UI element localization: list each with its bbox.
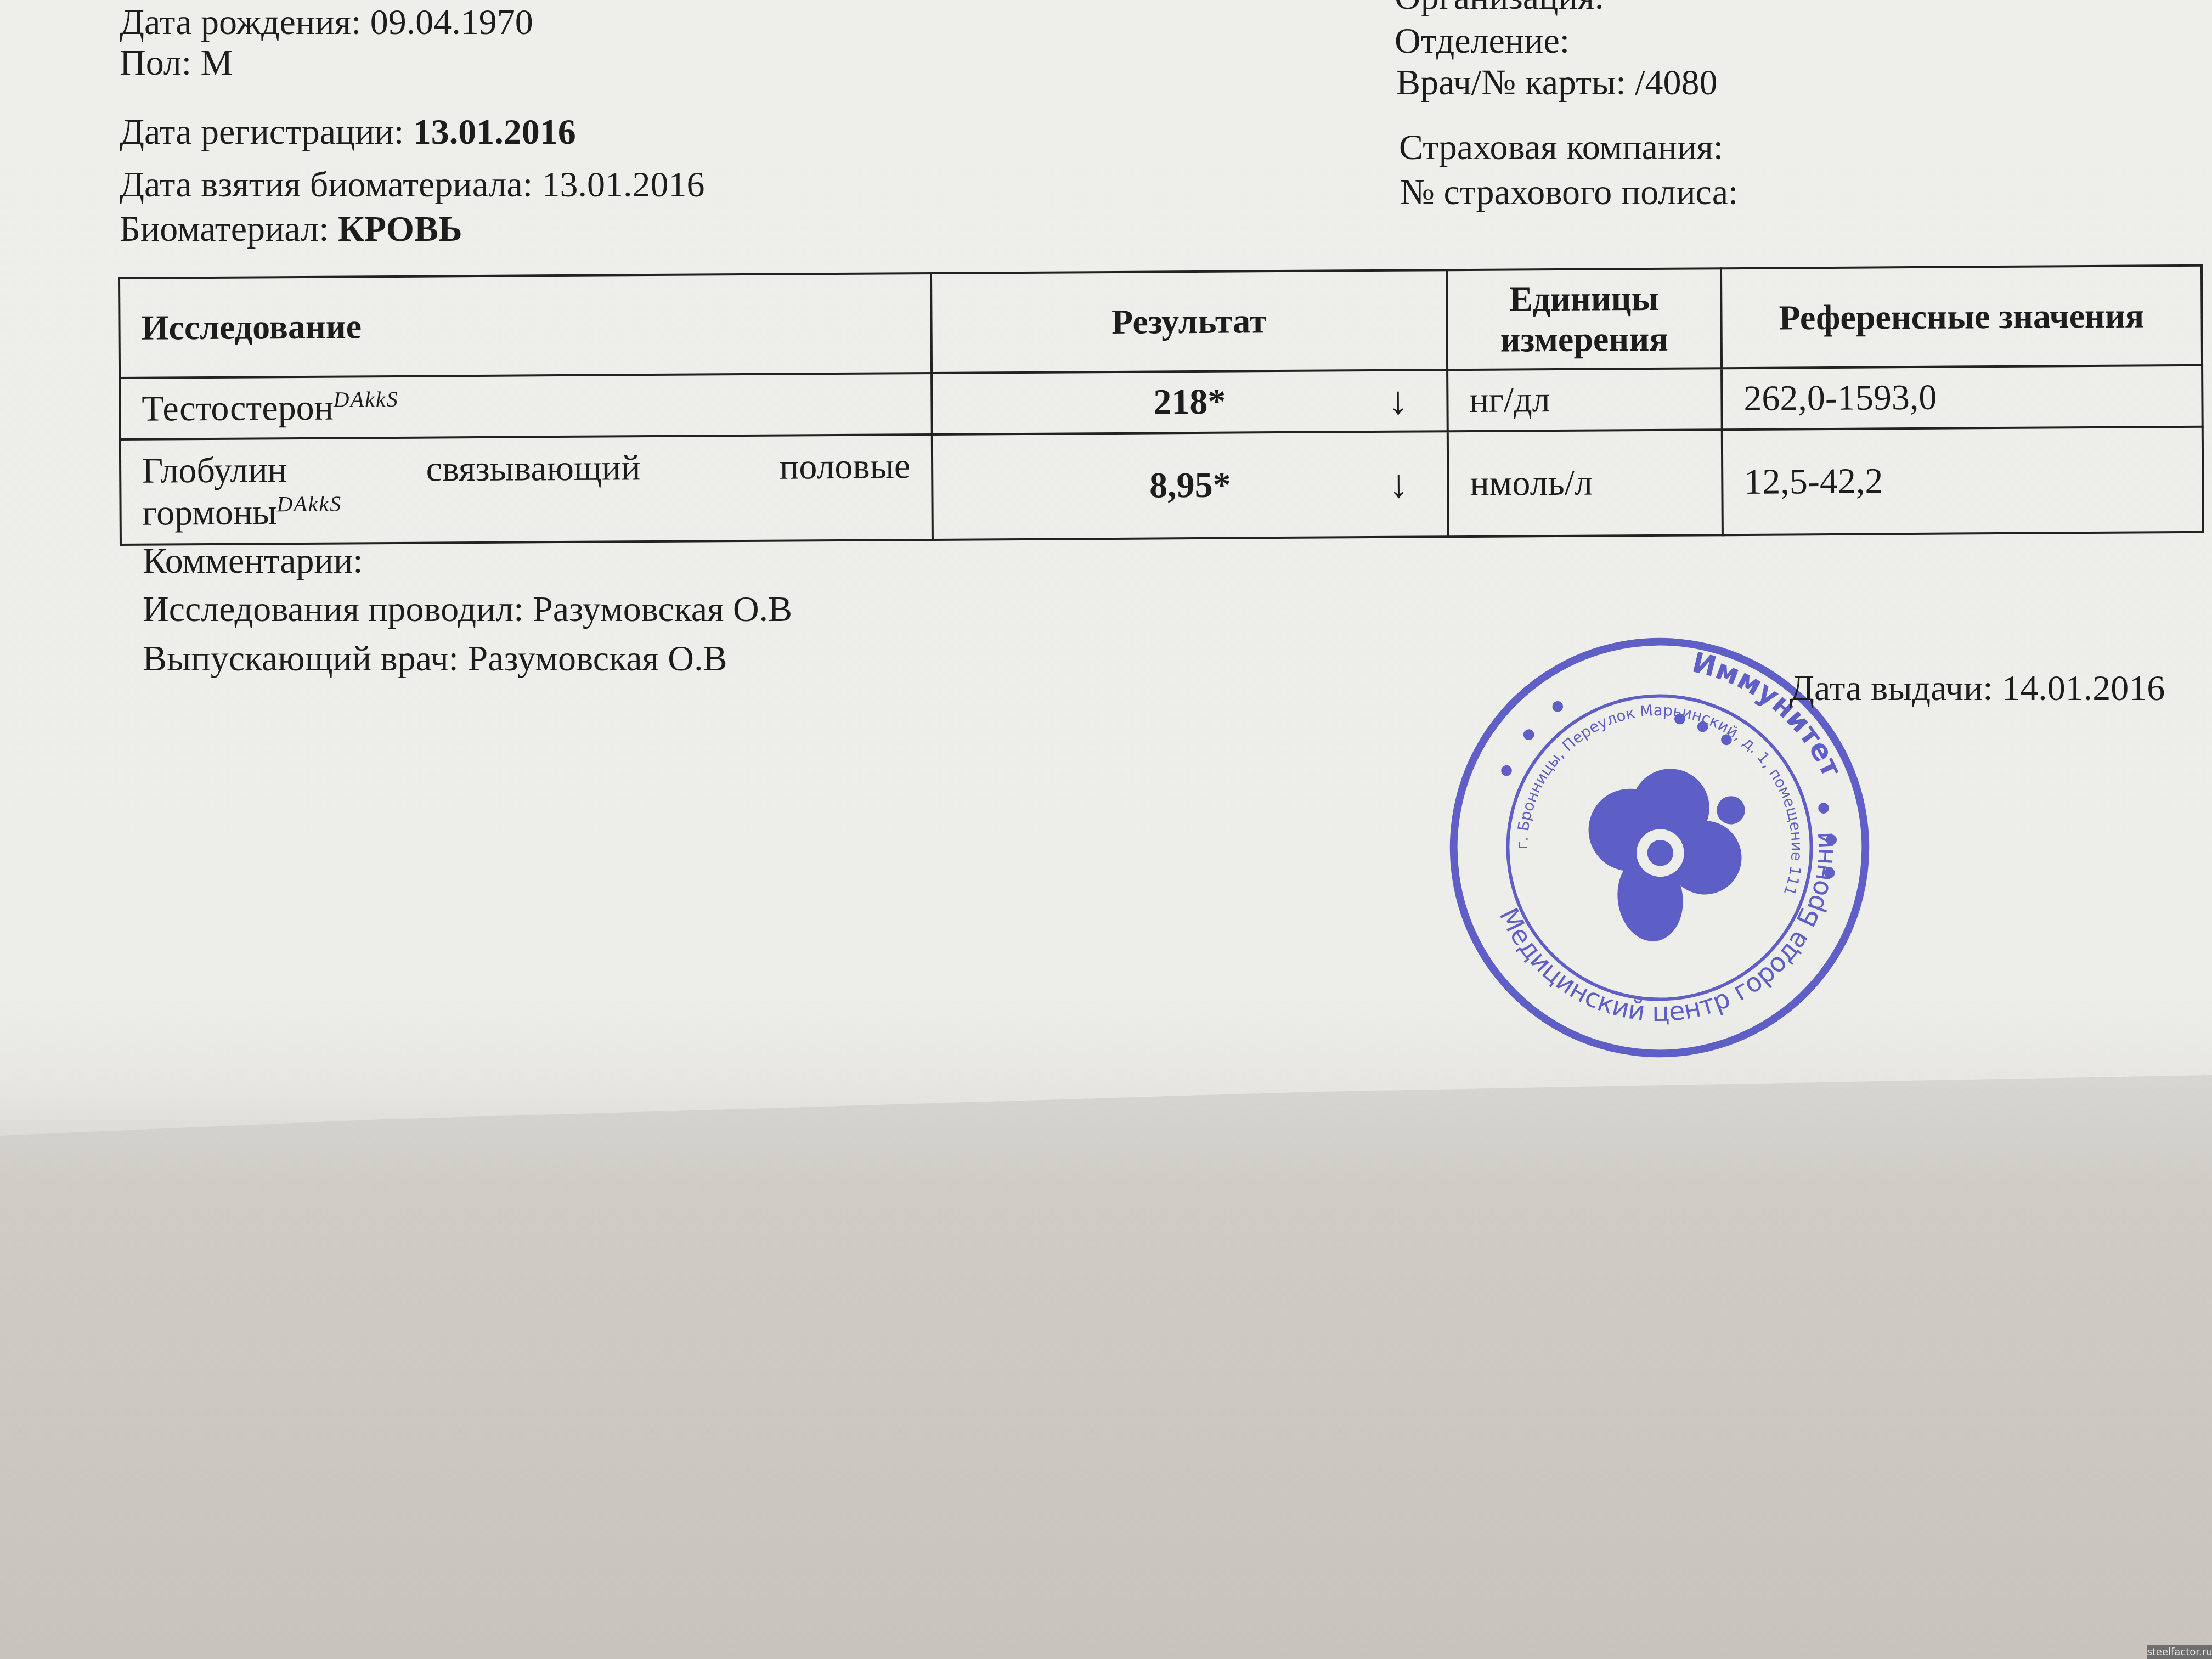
policy-label: № страхового полиса: bbox=[1400, 174, 1738, 211]
birth-date-line: Дата рождения: 09.04.1970 bbox=[120, 4, 533, 41]
birth-date-label: Дата рождения: bbox=[120, 2, 361, 42]
units-cell: нмоль/л bbox=[1448, 430, 1723, 537]
result-cell: 218* ↓ bbox=[932, 370, 1448, 435]
accreditation-mark: DAkkS bbox=[276, 491, 342, 516]
header-reference: Референсные значения bbox=[1721, 266, 2202, 368]
test-name-line1: Глобулин связывающий половые bbox=[142, 445, 910, 492]
table-row: Глобулин связывающий половые гормоныDAkk… bbox=[120, 427, 2203, 545]
paper-fold-shadow bbox=[0, 1075, 2212, 1659]
test-name-word: связывающий bbox=[426, 447, 640, 490]
sample-date-label: Дата взятия биоматериала: bbox=[120, 165, 533, 205]
results-table: Исследование Результат Единицы измерения… bbox=[118, 264, 2204, 546]
biomaterial-label: Биоматериал: bbox=[120, 209, 329, 249]
doctor-card-value: /4080 bbox=[1635, 63, 1717, 103]
test-name-word: половые bbox=[780, 445, 911, 488]
watermark: steelfactor.ru bbox=[2147, 1645, 2212, 1659]
released-by: Выпускающий врач: Разумовская О.В bbox=[143, 641, 727, 677]
registration-date-label: Дата регистрации: bbox=[120, 112, 404, 152]
lab-report-page: Дата рождения: 09.04.1970 Пол: М Дата ре… bbox=[0, 0, 2212, 1075]
stamp-logo-icon bbox=[1581, 759, 1761, 948]
test-name-word: Глобулин bbox=[142, 449, 287, 492]
sex-label: Пол: bbox=[120, 43, 191, 83]
test-name-line2: гормоныDAkkS bbox=[142, 487, 910, 534]
birth-date-value: 09.04.1970 bbox=[370, 2, 533, 42]
biomaterial-line: Биоматериал: КРОВЬ bbox=[120, 211, 462, 247]
sample-date-value: 13.01.2016 bbox=[542, 165, 705, 205]
sex-line: Пол: М bbox=[120, 45, 233, 81]
header-units: Единицы измерения bbox=[1447, 268, 1722, 370]
registration-date-value: 13.01.2016 bbox=[413, 112, 576, 152]
arrow-down-icon: ↓ bbox=[1389, 461, 1409, 507]
issue-date-value: 14.01.2016 bbox=[2002, 668, 2165, 708]
test-name: Тестостерон bbox=[142, 387, 334, 428]
biomaterial-value: КРОВЬ bbox=[338, 209, 462, 249]
insurance-label: Страховая компания: bbox=[1399, 129, 1723, 166]
reference-cell: 262,0-1593,0 bbox=[1722, 365, 2203, 430]
issue-date-line: Дата выдачи: 14.01.2016 bbox=[1790, 670, 2165, 707]
doctor-card-line: Врач/№ карты: /4080 bbox=[1396, 65, 1718, 101]
department-label: Отделение: bbox=[1395, 23, 1570, 59]
header-test: Исследование bbox=[119, 273, 932, 378]
test-name-cell: ТестостеронDAkkS bbox=[120, 373, 932, 439]
accreditation-mark: DAkkS bbox=[334, 386, 399, 411]
result-cell: 8,95* ↓ bbox=[932, 431, 1448, 540]
header-result: Результат bbox=[931, 270, 1447, 373]
comments-label: Комментарии: bbox=[143, 543, 363, 579]
performed-by: Исследования проводил: Разумовская О.В bbox=[143, 591, 792, 628]
results-table-header: Исследование Результат Единицы измерения… bbox=[119, 266, 2202, 378]
result-value: 8,95* bbox=[1149, 465, 1231, 506]
units-cell: нг/дл bbox=[1447, 368, 1722, 431]
result-value: 218* bbox=[1153, 382, 1226, 422]
test-name-word: гормоны bbox=[142, 492, 276, 533]
arrow-down-icon: ↓ bbox=[1388, 378, 1408, 424]
doctor-card-label: Врач/№ карты: bbox=[1396, 63, 1626, 103]
test-name-cell: Глобулин связывающий половые гормоныDAkk… bbox=[120, 435, 933, 545]
registration-date-line: Дата регистрации: 13.01.2016 bbox=[120, 114, 576, 150]
sex-value: М bbox=[201, 43, 233, 83]
organization-label: Организация: bbox=[1395, 0, 1604, 15]
issue-date-label: Дата выдачи: bbox=[1790, 668, 1993, 708]
sample-date-line: Дата взятия биоматериала: 13.01.2016 bbox=[120, 167, 705, 203]
reference-cell: 12,5-42,2 bbox=[1722, 427, 2203, 535]
